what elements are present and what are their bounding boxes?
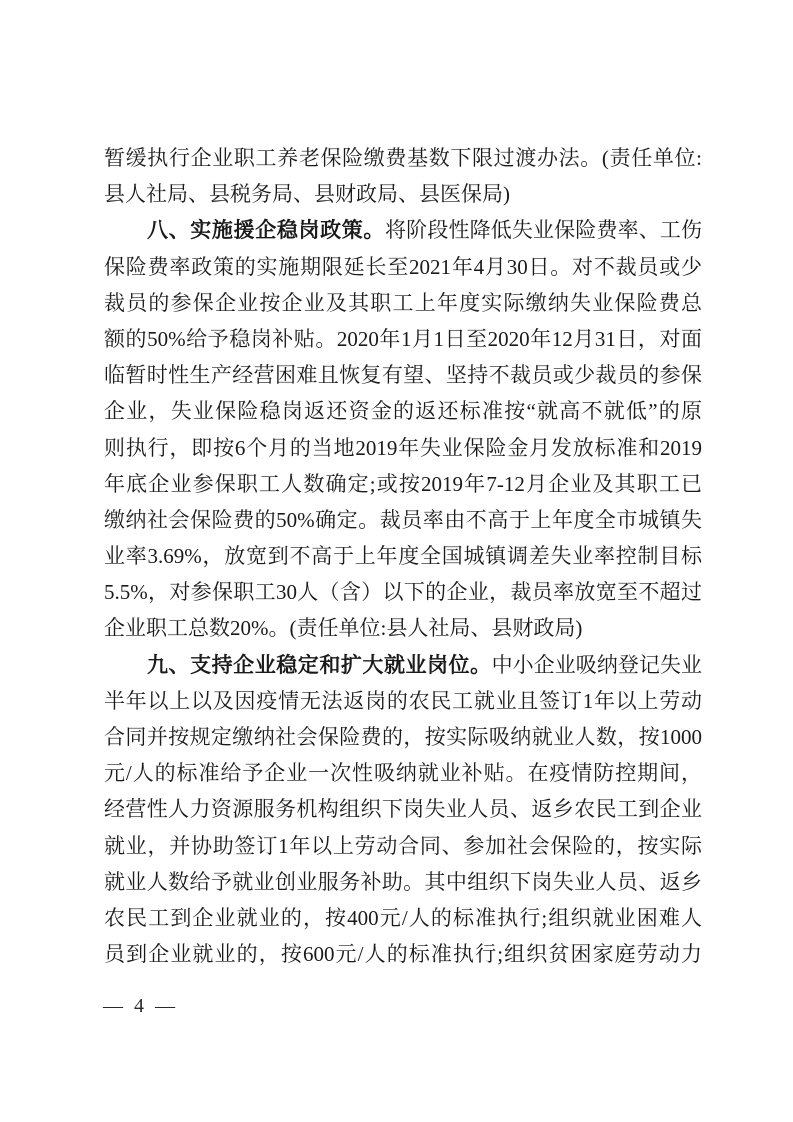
- text-line: 就业，并协助签订1年以上劳动合同、参加社会保险的，按实际: [104, 828, 702, 864]
- text-line: 则执行，即按6个月的当地2019年失业保险金月发放标准和2019: [104, 430, 702, 466]
- section-9-heading: 九、支持企业稳定和扩大就业岗位。: [147, 654, 492, 677]
- text-line: 员到企业就业的，按600元/人的标准执行;组织贫困家庭劳动力: [104, 936, 702, 972]
- text-line: 额的50%给予稳岗补贴。2020年1月1日至2020年12月31日，对面: [104, 321, 702, 357]
- text-line: 八、实施援企稳岗政策。将阶段性降低失业保险费率、工伤: [104, 212, 702, 248]
- text-line: 临暂时性生产经营困难且恢复有望、坚持不裁员或少裁员的参保: [104, 357, 702, 393]
- text-line: 企业，失业保险稳岗返还资金的返还标准按“就高不就低”的原: [104, 393, 702, 429]
- document-text-block: 暂缓执行企业职工养老保险缴费基数下限过渡办法。(责任单位: 县人社局、县税务局、…: [104, 140, 702, 972]
- text-line: 就业人数给予就业创业服务补助。其中组织下岗失业人员、返乡: [104, 864, 702, 900]
- section-9-heading-rest: 中小企业吸纳登记失业: [492, 653, 702, 677]
- text-line: 经营性人力资源服务机构组织下岗失业人员、返乡农民工到企业: [104, 791, 702, 827]
- text-line: 县人社局、县税务局、县财政局、县医保局): [104, 176, 702, 212]
- text-line: 年底企业参保职工人数确定;或按2019年7-12月企业及其职工已: [104, 466, 702, 502]
- page-number: — 4 —: [103, 995, 178, 1018]
- text-line: 农民工到企业就业的，按400元/人的标准执行;组织就业困难人: [104, 900, 702, 936]
- text-line: 半年以上以及因疫情无法返岗的农民工就业且签订1年以上劳动: [104, 683, 702, 719]
- text-line: 元/人的标准给予企业一次性吸纳就业补贴。在疫情防控期间，: [104, 755, 702, 791]
- text-line: 缴纳社会保险费的50%确定。裁员率由不高于上年度全市城镇失: [104, 502, 702, 538]
- text-line: 业率3.69%，放宽到不高于上年度全国城镇调差失业率控制目标: [104, 538, 702, 574]
- text-line: 合同并按规定缴纳社会保险费的，按实际吸纳就业人数，按1000: [104, 719, 702, 755]
- document-page: 暂缓执行企业职工养老保险缴费基数下限过渡办法。(责任单位: 县人社局、县税务局、…: [0, 0, 793, 1122]
- text-line: 5.5%，对参保职工30人（含）以下的企业，裁员率放宽至不超过: [104, 574, 702, 610]
- text-line: 企业职工总数20%。(责任单位:县人社局、县财政局): [104, 610, 702, 646]
- text-line: 暂缓执行企业职工养老保险缴费基数下限过渡办法。(责任单位:: [104, 140, 702, 176]
- text-line: 裁员的参保企业按企业及其职工上年度实际缴纳失业保险费总: [104, 285, 702, 321]
- section-8-heading: 八、实施援企稳岗政策。: [147, 219, 385, 242]
- section-8-heading-rest: 将阶段性降低失业保险费率、工伤: [385, 218, 702, 242]
- text-line: 保险费率政策的实施期限延长至2021年4月30日。对不裁员或少: [104, 249, 702, 285]
- text-line: 九、支持企业稳定和扩大就业岗位。中小企业吸纳登记失业: [104, 647, 702, 683]
